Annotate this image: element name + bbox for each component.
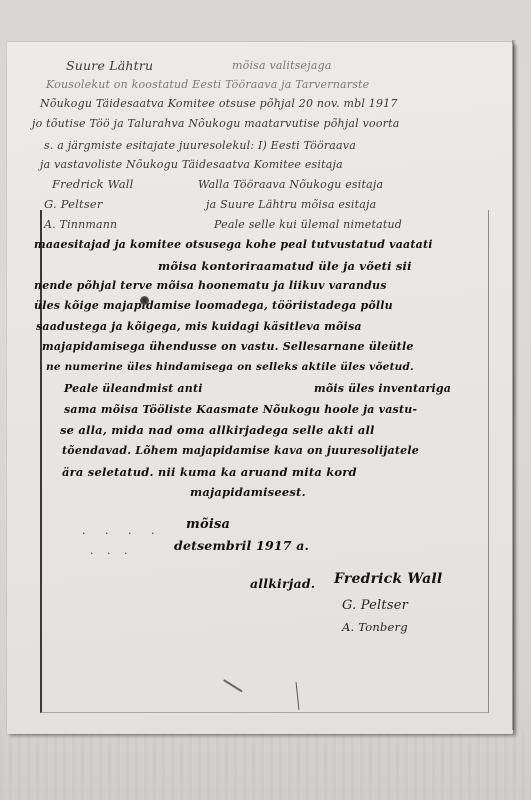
text-line: nende põhjal terve mõisa hoonematu ja li… [34,280,387,291]
text-line: s. a järgmiste esitajate juuresolekul: I… [44,140,356,151]
text-line: sama mõisa Tööliste Kaasmate Nõukogu hoo… [64,404,417,415]
text-line: jo tõutise Töö ja Talurahva Nõukogu maat… [32,118,400,129]
text-line: saadustega ja kõigega, mis kuidagi käsit… [36,321,362,332]
ink-blot [140,296,149,305]
text-line: ja vastavoliste Nõukogu Täidesaatva Komi… [40,159,343,170]
signatures-label: allkirjad. [250,578,315,591]
signature-1: Fredrick Wall [334,572,442,586]
signature-3: A. Tonberg [342,622,408,634]
blank-date-dots: . . . [90,544,132,557]
text-line: tõendavad. Lõhem majapidamise kava on ju… [62,445,419,456]
text-line: Walla Tööraava Nõukogu esitaja [198,179,383,190]
place-text: mõisa [186,518,230,531]
text-line: ja Suure Lähtru mõisa esitaja [206,199,376,210]
text-line: ära seletatud. nii kuma ka aruand mita k… [62,467,357,479]
text-line: Peale selle kui ülemal nimetatud [214,219,402,230]
blank-place-dots: . . . . [82,524,162,537]
text-line: Nõukogu Täidesaatva Komitee otsuse põhja… [40,98,398,109]
text-line: mõisa kontoriraamatud üle ja võeti sii [158,261,412,273]
date-text: detsembril 1917 a. [174,540,309,553]
text-line: mõisa valitsejaga [232,60,332,71]
text-line: Kousolekut on koostatud Eesti Tööraava j… [46,79,369,90]
text-line: mõis üles inventariga [314,383,451,394]
text-line: majapidamisega ühendusse on vastu. Selle… [42,341,414,352]
text-line: Fredrick Wall [52,179,134,191]
text-line: ne numerine üles hindamisega on selleks … [46,362,414,373]
text-line: G. Peltser [44,199,103,211]
signature-2: G. Peltser [342,599,408,612]
text-line: majapidamiseest. [190,487,306,499]
text-line: se alla, mida nad oma allkirjadega selle… [60,425,375,437]
text-line: üles kõige majapidamise loomadega, tööri… [34,300,393,311]
text-line: Suure Lähtru [66,60,153,73]
handwritten-text: Suure Lähtru mõisa valitsejaga Kousoleku… [0,0,531,800]
text-line: maaesitajad ja komitee otsusega kohe pea… [34,239,433,250]
text-line: Peale üleandmist anti [64,383,203,394]
text-line: A. Tinnmann [44,219,117,230]
